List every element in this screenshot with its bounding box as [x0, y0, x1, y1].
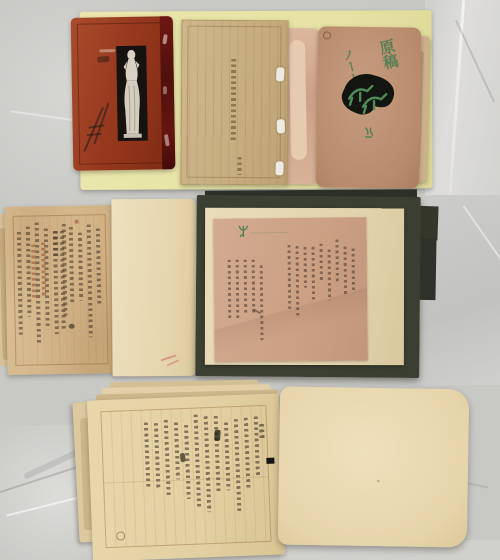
blank-page-right — [111, 199, 197, 377]
cover-title-right: 原稿 — [377, 38, 399, 71]
red-notebook-cover — [71, 16, 176, 171]
handwritten-page-left — [4, 205, 115, 375]
genko-notebook-cover: 原稿 ノート — [316, 26, 421, 188]
faint-underline — [250, 232, 288, 233]
torn-page-edges — [289, 40, 307, 160]
album-backing-sheet: 4 — [205, 208, 404, 365]
handwriting-red-ink — [31, 242, 46, 299]
green-seal-mark — [364, 127, 374, 139]
binding-clip — [276, 67, 285, 81]
bottom-manuscript-page — [87, 393, 285, 560]
tissue-wrinkle — [463, 205, 500, 296]
binding-clip — [275, 161, 284, 175]
paper-speck — [377, 480, 380, 482]
handwriting-columns — [144, 412, 262, 514]
bottom-blank-page — [278, 387, 469, 548]
tan-notebook-cover — [180, 20, 288, 186]
handwritten-title — [259, 418, 265, 441]
ink-smudge — [214, 430, 221, 441]
corner-circle-mark — [323, 31, 331, 39]
pink-manuscript-page — [213, 217, 367, 362]
ink-smudge — [180, 453, 186, 463]
archive-photo: 原稿 ノート — [0, 0, 500, 560]
venus-statue-icon — [116, 46, 148, 142]
notebook-spine — [160, 16, 176, 169]
tissue-patch — [425, 0, 500, 210]
tissue-wrinkle — [455, 20, 495, 102]
binding-clip — [277, 119, 285, 133]
tissue-fold — [448, 0, 465, 205]
ink-mark — [266, 458, 274, 464]
pencil-smudge — [167, 359, 180, 366]
fox-spot — [75, 220, 79, 224]
dark-album-cover: 4 — [195, 195, 421, 378]
faded-handwriting — [97, 56, 109, 63]
handwriting-columns — [228, 256, 264, 340]
ink-blot — [69, 324, 75, 329]
faded-handwriting — [99, 49, 115, 52]
venus-statue-panel — [116, 46, 148, 142]
ink-blob-deer-emblem — [336, 71, 399, 122]
handwritten-title-column — [237, 147, 241, 175]
handwritten-title-column — [231, 55, 237, 142]
handwriting-columns — [287, 239, 355, 316]
green-sprig-icon — [238, 225, 248, 238]
